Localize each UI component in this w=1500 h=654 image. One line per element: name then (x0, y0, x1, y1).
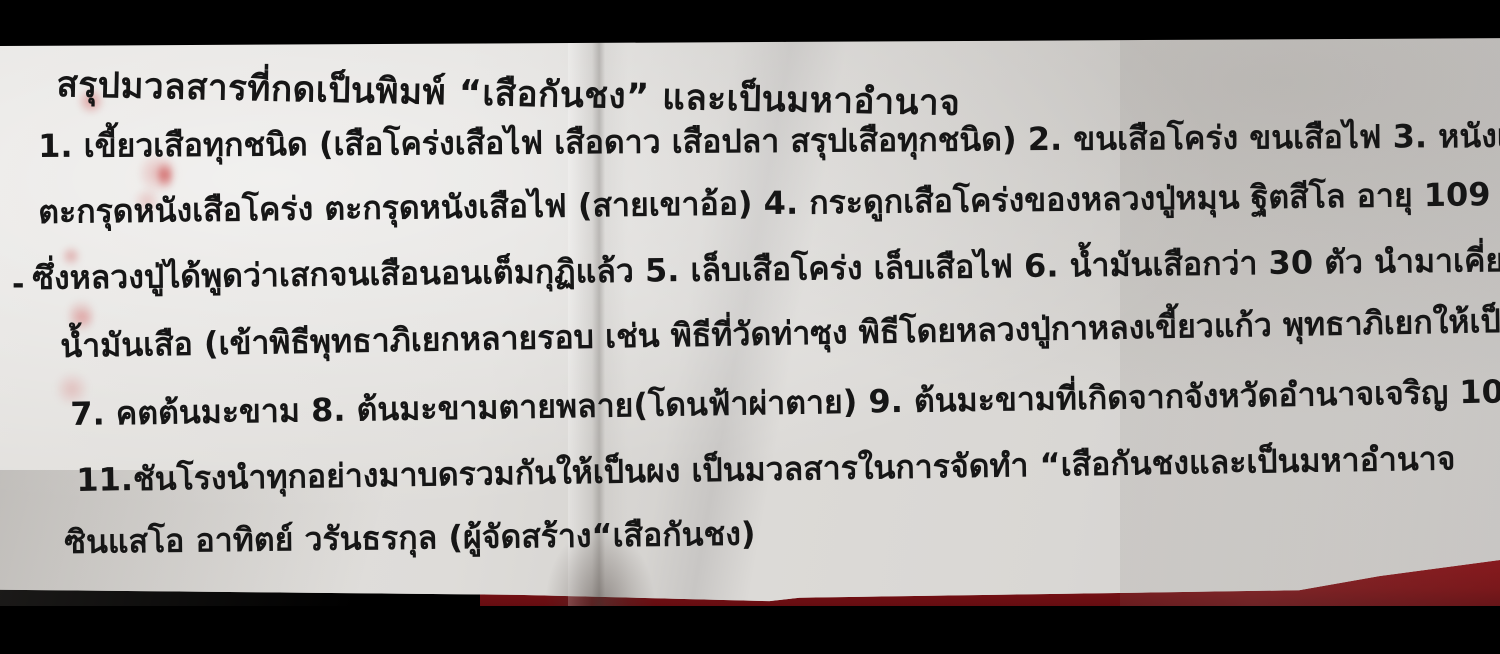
doc-line-7: ซินแสโอ อาทิตย์ วรันธรกุล (ผู้จัดสร้าง“เ… (64, 514, 756, 562)
letterbox-top-bar (0, 0, 1500, 46)
ink-stain (74, 310, 92, 326)
photo-stage: ซุง จ.อุทัยธานี ในงาน สรุปมวลสารที่กดเป็… (0, 0, 1500, 654)
margin-dash: - (12, 266, 24, 304)
letterbox-bottom-bar (0, 606, 1500, 654)
